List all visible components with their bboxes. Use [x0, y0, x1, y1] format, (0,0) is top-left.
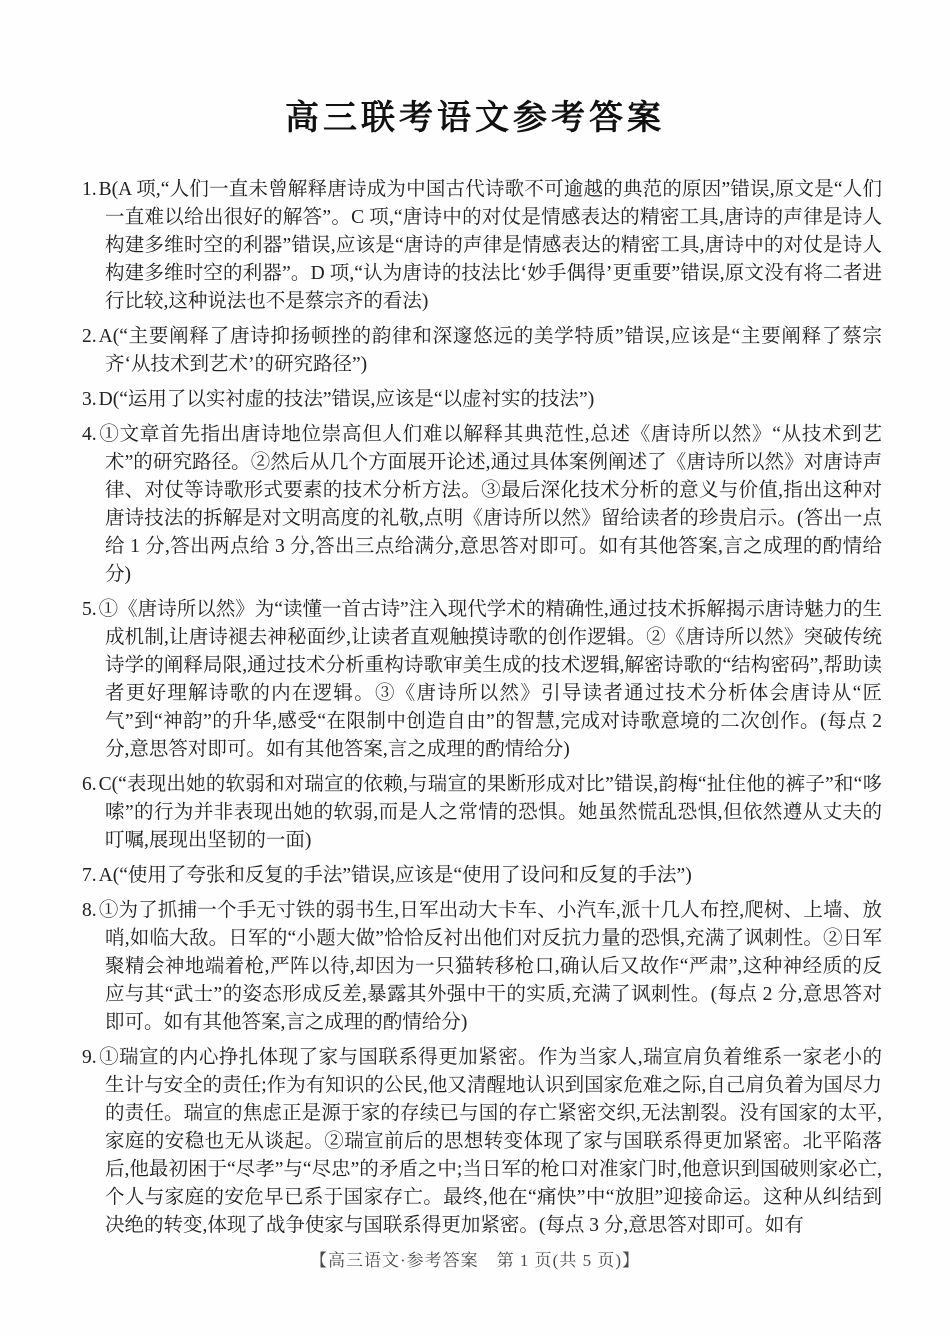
answer-text: A(“主要阐释了唐诗抑扬顿挫的韵律和深邃悠远的美学特质”错误,应该是“主要阐释了… — [99, 326, 882, 375]
answer-item-7: 7.A(“使用了夸张和反复的手法”错误,应该是“使用了设问和反复的手法”) — [82, 862, 882, 890]
answer-item-5: 5.①《唐诗所以然》为“读懂一首古诗”注入现代学术的精确性,通过技术拆解揭示唐诗… — [82, 596, 882, 764]
answer-number: 6. — [82, 774, 99, 795]
page-title: 高三联考语文参考答案 — [0, 0, 950, 142]
answer-item-4: 4.①文章首先指出唐诗地位崇高但人们难以解释其典范性,总述《唐诗所以然》“从技术… — [82, 421, 882, 589]
answers-list: 1.B(A 项,“人们一直未曾解释唐诗成为中国古代诗歌不可逾越的典范的原因”错误… — [82, 176, 882, 1240]
answer-item-9: 9.①瑞宣的内心挣扎体现了家与国联系得更加紧密。作为当家人,瑞宣肩负着维系一家老… — [82, 1044, 882, 1240]
page-footer: 【高三语文·参考答案 第 1 页(共 5 页)】 — [0, 1246, 950, 1271]
answer-number: 3. — [82, 389, 99, 410]
answer-number: 7. — [82, 865, 99, 886]
answer-text: D(“运用了以实衬虚的技法”错误,应该是“以虚衬实的技法”) — [99, 389, 595, 410]
answer-item-3: 3.D(“运用了以实衬虚的技法”错误,应该是“以虚衬实的技法”) — [82, 386, 882, 414]
answer-text: C(“表现出她的软弱和对瑞宣的依赖,与瑞宣的果断形成对比”错误,韵梅“扯住他的裤… — [99, 774, 882, 851]
answer-text: ①文章首先指出唐诗地位崇高但人们难以解释其典范性,总述《唐诗所以然》“从技术到艺… — [99, 424, 882, 585]
answer-text: A(“使用了夸张和反复的手法”错误,应该是“使用了设问和反复的手法”) — [99, 865, 692, 886]
answer-number: 9. — [82, 1047, 99, 1068]
answer-text: ①《唐诗所以然》为“读懂一首古诗”注入现代学术的精确性,通过技术拆解揭示唐诗魅力… — [99, 599, 882, 760]
answer-text: B(A 项,“人们一直未曾解释唐诗成为中国古代诗歌不可逾越的典范的原因”错误,原… — [99, 179, 882, 312]
answer-number: 4. — [82, 424, 99, 445]
answer-text: ①为了抓捕一个手无寸铁的弱书生,日军出动大卡车、小汽车,派十几人布控,爬树、上墙… — [99, 900, 882, 1033]
answer-item-1: 1.B(A 项,“人们一直未曾解释唐诗成为中国古代诗歌不可逾越的典范的原因”错误… — [82, 176, 882, 316]
answer-number: 5. — [82, 599, 99, 620]
answer-number: 1. — [82, 179, 99, 200]
answer-number: 2. — [82, 326, 99, 347]
exam-answer-page: 高三联考语文参考答案 1.B(A 项,“人们一直未曾解释唐诗成为中国古代诗歌不可… — [0, 0, 950, 1336]
answer-item-6: 6.C(“表现出她的软弱和对瑞宣的依赖,与瑞宣的果断形成对比”错误,韵梅“扯住他… — [82, 771, 882, 855]
answer-item-8: 8.①为了抓捕一个手无寸铁的弱书生,日军出动大卡车、小汽车,派十几人布控,爬树、… — [82, 897, 882, 1037]
answer-number: 8. — [82, 900, 99, 921]
answer-item-2: 2.A(“主要阐释了唐诗抑扬顿挫的韵律和深邃悠远的美学特质”错误,应该是“主要阐… — [82, 323, 882, 379]
answer-text: ①瑞宣的内心挣扎体现了家与国联系得更加紧密。作为当家人,瑞宣肩负着维系一家老小的… — [99, 1047, 882, 1236]
